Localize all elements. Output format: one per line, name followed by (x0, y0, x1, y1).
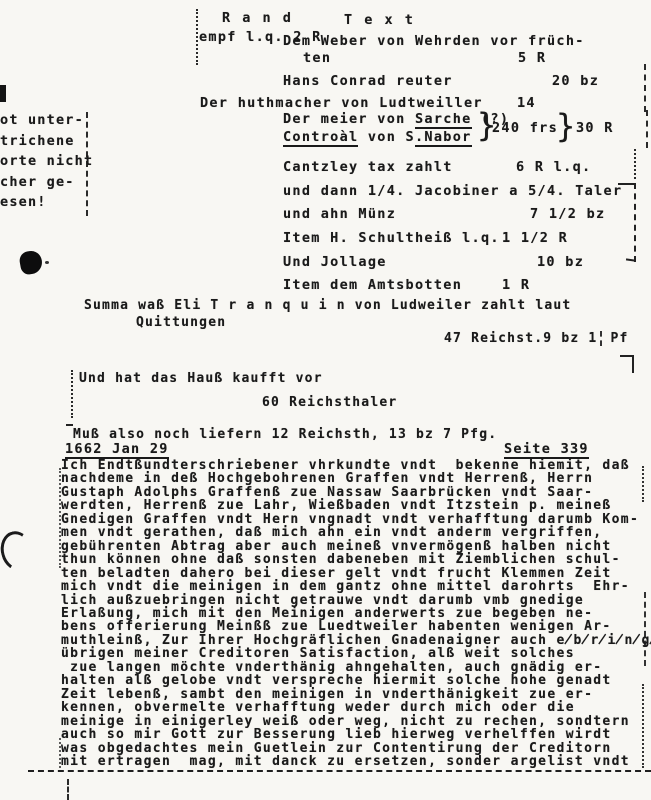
underlined-word: Sarche (415, 111, 472, 129)
record-page-ref: Seite 339 (504, 442, 589, 457)
ledger-entry-label: Dem Weber von Wehrden vor früch- (283, 34, 585, 49)
ruling-dashed-line (67, 779, 69, 800)
ruling-dotted-line (634, 149, 636, 179)
ledger-entry-amount: 14 (517, 96, 536, 111)
haus-amount: 60 Reichsthaler (262, 395, 397, 410)
summa-line: Quittungen (136, 315, 226, 330)
text-line: kennen, obvermelte verhafftung weder dur… (61, 701, 651, 714)
label-text: Der meier von (283, 111, 415, 127)
ledger-entry-amount: 10 bz (537, 255, 584, 270)
rest-line: Muß also noch liefern 12 Reichsth, 13 bz… (73, 427, 497, 442)
total-unit: Pf (600, 331, 628, 346)
text-line: was obgedachtes mein Guetlein zur Conten… (61, 742, 651, 755)
column-header-text: T e x t (344, 12, 415, 28)
record-date: 1662 Jan 29 (65, 442, 169, 457)
text-line: auch so mir Gott zur Besserung lieb hier… (61, 728, 651, 741)
document-page: R a n d T e x t empf l.q. 2 R ot unter-t… (0, 0, 651, 800)
ledger-entry-label: und dann 1/4. Jacobiner a 5/4. Taler (283, 184, 622, 199)
corner-hook-mark (620, 355, 634, 373)
ledger-entry-label: und ahn Münz (283, 207, 396, 222)
ledger-entry-label: Und Jollage (283, 255, 387, 270)
text-line: thun können ohne daß sonsten dabeneben m… (61, 553, 651, 566)
ledger-entry-amount: 5 R (518, 51, 546, 66)
summa-total: 47 Reichst.9 bz 1Pf (444, 331, 629, 346)
ledger-entry-amount: 240 frs (492, 121, 558, 136)
text-line: orte nicht (0, 151, 93, 172)
text-line: bens offerierung Meinßß zue Luedtweiler … (61, 620, 651, 633)
label-text: von S (358, 129, 415, 145)
text-line: lich außzuebringen nicht getrauwe vndt d… (61, 594, 651, 607)
ledger-entry-label: Item dem Amtsbotten (283, 278, 462, 293)
ledger-entry-amount: 30 R (576, 121, 614, 136)
ledger-entry-amount: 1 1/2 R (502, 231, 568, 246)
text-line: cher ge- (0, 172, 93, 193)
text-line: esen! (0, 192, 93, 213)
text-line: men vndt gerathen, daß mich ahn ein vndt… (61, 526, 651, 539)
record-page-ref-text: Seite 339 (504, 441, 589, 459)
ledger-entry-amount: 20 bz (552, 74, 599, 89)
summa-line: Summa waß Eli T r a n q u i n von Ludwei… (84, 298, 571, 313)
ruling-dashed-line (644, 64, 646, 112)
ledger-entry-amount: 1 R (502, 278, 530, 293)
ruling-underline (28, 770, 651, 772)
tick-mark (66, 424, 73, 426)
text-line: trichene (0, 131, 93, 152)
text-line: werdten, Herrenß zue Lahr, Wießbaden vnd… (61, 499, 651, 512)
ledger-entry-label: Hans Conrad reuter (283, 74, 453, 89)
ledger-entry-label: Item H. Schultheiß l.q. (283, 231, 500, 246)
underlined-word: Controàl (283, 129, 358, 147)
total-amount: 47 Reichst.9 bz 1 (444, 331, 597, 346)
ledger-entry-label: Der meier von Sarche (?) (283, 112, 509, 127)
text-line: mich vndt die meinigen in dem gantz ohne… (61, 580, 651, 593)
ledger-entry-label: Cantzley tax zahlt (283, 160, 453, 175)
text-line: halten alß gelobe vndt verspreche hiermi… (61, 674, 651, 687)
ink-speck (45, 261, 49, 264)
ledger-entry-amount: 7 1/2 bz (530, 207, 605, 222)
record-body: Ich Endtßundterschriebener vhrkundte vnd… (61, 459, 651, 768)
underlined-word: .Nabor (415, 129, 472, 147)
text-line: übrigen meiner Creditoren Satisfaction, … (61, 647, 651, 660)
ruling-dotted-line (196, 9, 198, 65)
edge-mark (0, 85, 6, 102)
text-line: nachdeme in deß Hochgebohrenen Graffen v… (61, 472, 651, 485)
ledger-entry-amount: 6 R l.q. (516, 160, 591, 175)
ink-blob (18, 249, 44, 275)
column-header-rand: R a n d (222, 10, 293, 26)
ruling-dashed-line (646, 110, 648, 148)
arc-mark (0, 528, 38, 575)
ledger-entry-label: Controàl von S.Nabor (283, 130, 472, 145)
text-line: mit ertragen mag, mit danck zu ersetzen,… (61, 755, 651, 768)
ledger-entry-label: ten (303, 51, 331, 66)
record-date-text: 1662 Jan 29 (65, 441, 169, 459)
margin-note: ot unter-tricheneorte nichtcher ge-esen! (0, 110, 93, 213)
text-line: ot unter- (0, 110, 93, 131)
ledger-entry-label: Der huthmacher von Ludtweiller (200, 96, 483, 111)
brace-glyph: } (556, 111, 575, 141)
ruling-dotted-line (71, 370, 73, 418)
haus-line: Und hat das Hauß kaufft vor (79, 371, 323, 386)
